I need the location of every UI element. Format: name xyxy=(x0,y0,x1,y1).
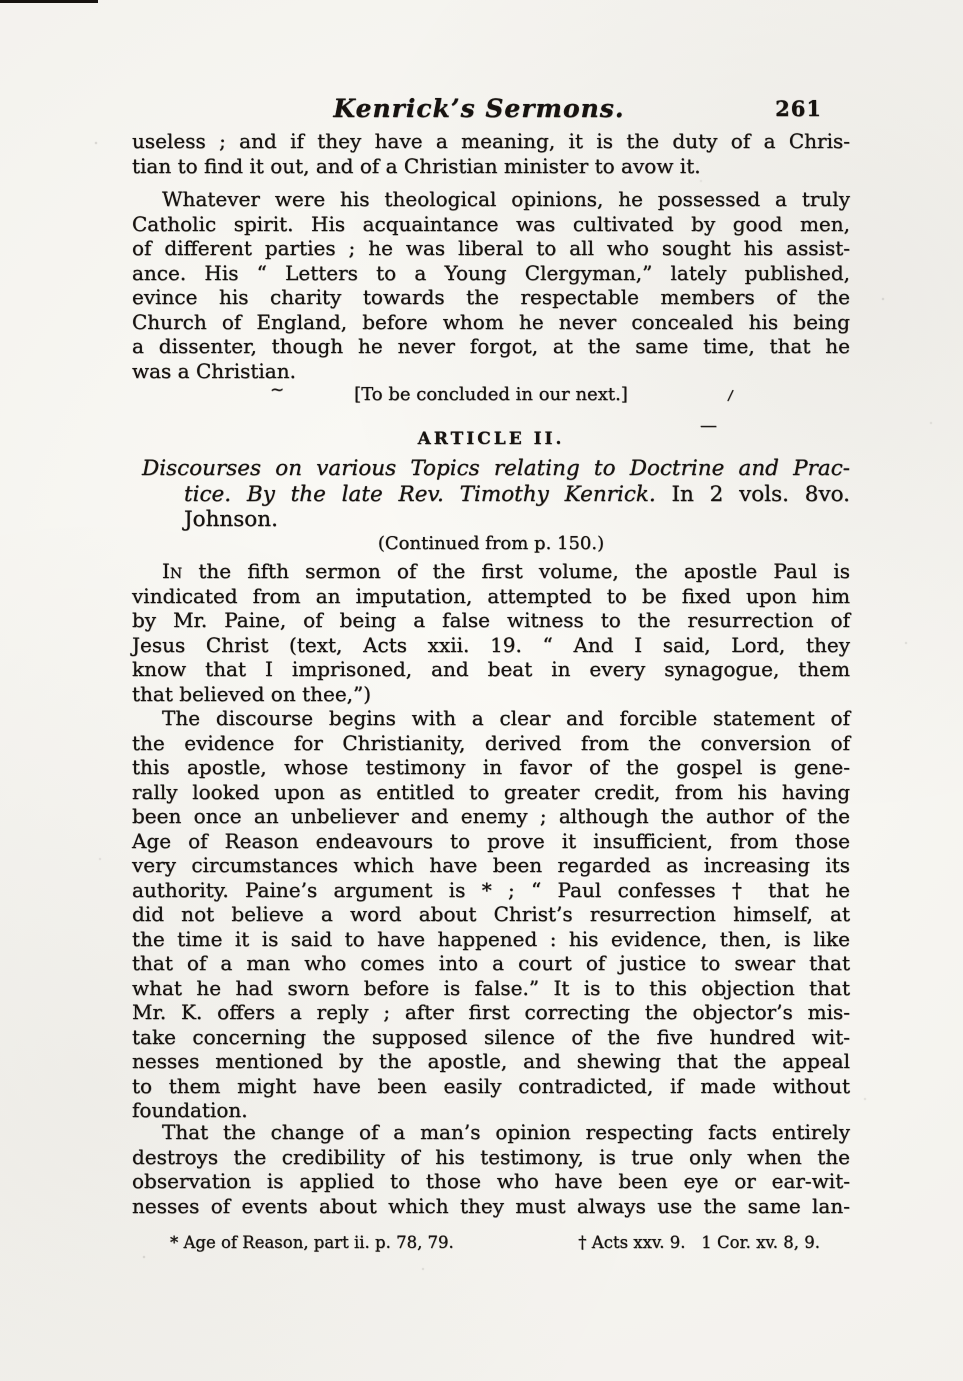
text-line: Whatever were his theological opinions, … xyxy=(132,187,850,212)
page-header: Kenrick’s Sermons. 261 xyxy=(132,94,850,123)
text-line: In the fifth sermon of the first volume,… xyxy=(132,559,850,584)
text-line: was a Christian. xyxy=(132,359,850,384)
scanned-page: Kenrick’s Sermons. 261 useless ; and if … xyxy=(0,0,963,1381)
article-heading: ARTICLE II. xyxy=(132,429,850,449)
text-line: the time it is said to have happened : h… xyxy=(132,927,850,952)
text-segment: In 2 vols. 8vo. xyxy=(656,482,850,507)
text-line: of different parties ; he was liberal to… xyxy=(132,236,850,261)
text-line: Mr. K. offers a reply ; after first corr… xyxy=(132,1000,850,1025)
text-line: Catholic spirit. His acquaintance was cu… xyxy=(132,212,850,237)
text-line: That the change of a man’s opinion respe… xyxy=(132,1120,850,1145)
text-line: that of a man who comes into a court of … xyxy=(132,951,850,976)
text-line: been once an unbeliever and enemy ; alth… xyxy=(132,804,850,829)
text-line: observation is applied to those who have… xyxy=(132,1169,850,1194)
page-number: 261 xyxy=(775,96,822,121)
text-line: know that I imprisoned, and beat in ever… xyxy=(132,657,850,682)
text-line: useless ; and if they have a meaning, it… xyxy=(132,129,850,154)
text-line: that believed on thee,”) xyxy=(132,682,850,707)
text-line: evince his charity towards the respectab… xyxy=(132,285,850,310)
paragraph: In the fifth sermon of the first volume,… xyxy=(132,559,850,706)
to-be-concluded-note: [To be concluded in our next.] xyxy=(132,384,850,405)
text-line: Johnson. xyxy=(142,507,850,533)
text-line: vindicated from an imputation, attempted… xyxy=(132,584,850,609)
text-line: ance. His “ Letters to a Young Clergyman… xyxy=(132,261,850,286)
text-line: destroys the credibility of his testimon… xyxy=(132,1145,850,1170)
text-segment: In xyxy=(162,559,182,583)
text-line: authority. Paine’s argument is * ; “ Pau… xyxy=(132,878,850,903)
text-line: nesses mentioned by the apostle, and she… xyxy=(132,1049,850,1074)
text-line: rally looked upon as entitled to greater… xyxy=(132,780,850,805)
text-line: The discourse begins with a clear and fo… xyxy=(132,706,850,731)
text-line: Jesus Christ (text, Acts xxii. 19. “ And… xyxy=(132,633,850,658)
running-title: Kenrick’s Sermons. xyxy=(333,94,624,123)
text-line: Age of Reason endeavours to prove it ins… xyxy=(132,829,850,854)
text-line: by Mr. Paine, of being a false witness t… xyxy=(132,608,850,633)
footnotes: * Age of Reason, part ii. p. 78, 79. † A… xyxy=(132,1233,850,1252)
text-line: very circumstances which have been regar… xyxy=(132,853,850,878)
text-line: did not believe a word about Christ’s re… xyxy=(132,902,850,927)
text-segment: tice. By the late Rev. Timothy Kenrick. xyxy=(184,482,656,507)
article-title-citation: Discourses on various Topics relating to… xyxy=(142,456,850,533)
text-segment: the fifth sermon of the first volume, th… xyxy=(182,559,850,583)
continued-from-note: (Continued from p. 150.) xyxy=(132,533,850,554)
paragraph: Whatever were his theological opinions, … xyxy=(132,187,850,383)
text-line: take concerning the supposed silence of … xyxy=(132,1025,850,1050)
paragraph-continuation: useless ; and if they have a meaning, it… xyxy=(132,129,850,178)
footnote-acts-citation: † Acts xxv. 9. 1 Cor. xv. 8, 9. xyxy=(578,1233,820,1252)
paper-speckles xyxy=(0,0,2,2)
text-line: nesses of events about which they must a… xyxy=(132,1194,850,1219)
text-line: foundation. xyxy=(132,1098,850,1123)
paragraph: That the change of a man’s opinion respe… xyxy=(132,1120,850,1218)
text-line: a dissenter, though he never forgot, at … xyxy=(132,334,850,359)
text-line: what he had sworn before is false.” It i… xyxy=(132,976,850,1001)
text-line: Church of England, before whom he never … xyxy=(132,310,850,335)
text-line: Discourses on various Topics relating to… xyxy=(142,456,850,482)
text-line: tice. By the late Rev. Timothy Kenrick. … xyxy=(142,482,850,508)
text-segment: Johnson. xyxy=(184,507,278,532)
section-divider xyxy=(0,0,98,3)
text-line: to them might have been easily contradic… xyxy=(132,1074,850,1099)
footnote-age-of-reason: * Age of Reason, part ii. p. 78, 79. xyxy=(170,1233,454,1252)
text-line: tian to find it out, and of a Christian … xyxy=(132,154,850,179)
text-line: the evidence for Christianity, derived f… xyxy=(132,731,850,756)
text-line: this apostle, whose testimony in favor o… xyxy=(132,755,850,780)
paragraph: The discourse begins with a clear and fo… xyxy=(132,706,850,1123)
